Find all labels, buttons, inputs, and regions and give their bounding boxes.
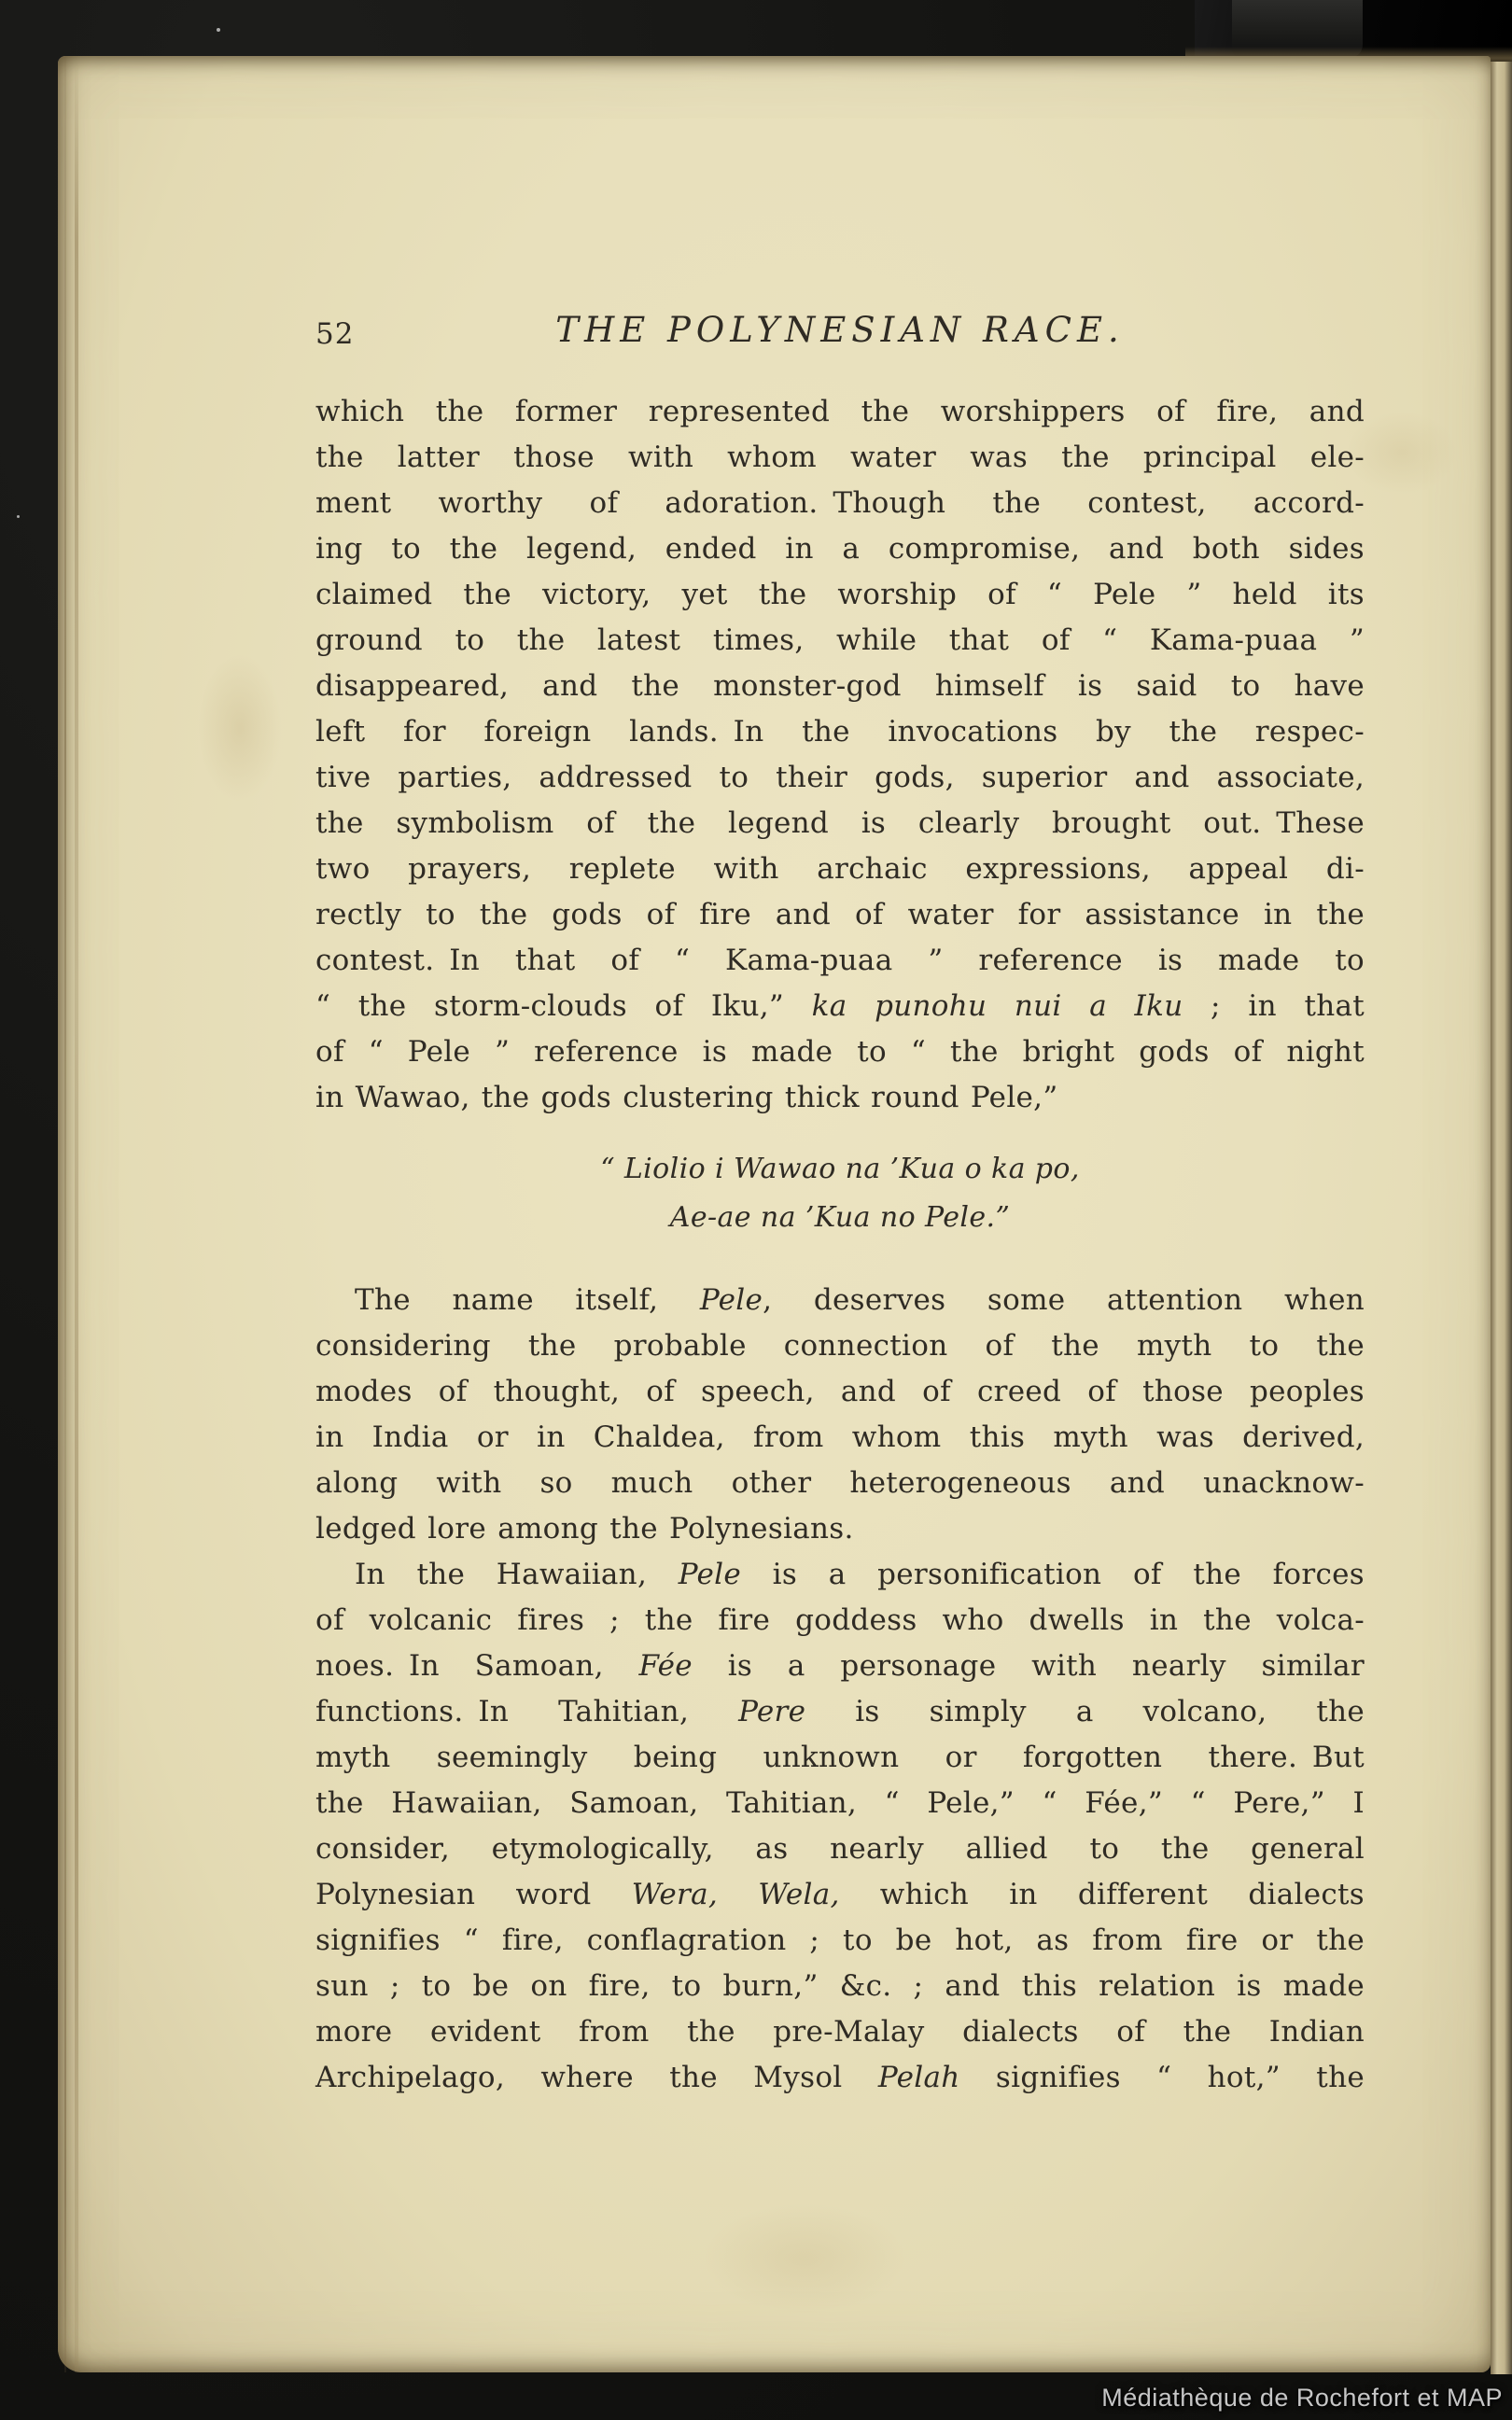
- page-number: 52: [315, 317, 354, 351]
- library-watermark: Médiathèque de Rochefort et MAP: [1101, 2384, 1503, 2413]
- italic-run: ka punohu nui a Iku: [812, 989, 1183, 1023]
- text-line: sun ; to be on fire, to burn,” &c. ; and…: [315, 1964, 1365, 2009]
- text-run: along with so much other heterogeneous a…: [315, 1466, 1365, 1500]
- text-run: signifies “ fire, conflagration ; to be …: [315, 1923, 1365, 1957]
- body-text: which the former represented the worship…: [315, 389, 1365, 2101]
- text-block: 52 THE POLYNESIAN RACE. which the former…: [315, 308, 1365, 2101]
- text-run: two prayers, replete with archaic expres…: [315, 852, 1365, 886]
- text-run: of volcanic fires ; the fire goddess who…: [315, 1603, 1365, 1637]
- text-line: ing to the legend, ended in a compromise…: [315, 526, 1365, 572]
- text-line: tive parties, addressed to their gods, s…: [315, 755, 1365, 801]
- text-run: left for foreign lands. In the invocatio…: [315, 715, 1365, 748]
- text-line: disappeared, and the monster-god himself…: [315, 664, 1365, 709]
- quote-line: “ Liolio i Wawao na ’Kua o ka po,: [315, 1145, 1365, 1194]
- text-line: contest. In that of “ Kama-puaa ” refere…: [315, 938, 1365, 984]
- text-run: disappeared, and the monster-god himself…: [315, 669, 1365, 703]
- text-run: ing to the legend, ended in a compromise…: [315, 532, 1365, 566]
- dust-speck: [217, 28, 220, 32]
- text-run: ledged lore among the Polynesians.: [315, 1512, 854, 1546]
- italic-run: Fée: [639, 1649, 693, 1683]
- page-stain: [702, 2203, 907, 2315]
- text-run: is a personification of the forces: [741, 1558, 1365, 1591]
- text-line: in India or in Chaldea, from whom this m…: [315, 1415, 1365, 1461]
- text-run: claimed the victory, yet the worship of …: [315, 578, 1365, 611]
- text-run: ment worthy of adoration. Though the con…: [315, 486, 1365, 520]
- text-run: considering the probable connection of t…: [315, 1329, 1365, 1363]
- text-line: myth seemingly being unknown or forgotte…: [315, 1735, 1365, 1781]
- text-line: ground to the latest times, while that o…: [315, 618, 1365, 664]
- italic-run: Pere: [738, 1695, 805, 1728]
- text-run: consider, etymologically, as nearly alli…: [315, 1832, 1365, 1866]
- italic-run: Pele: [700, 1283, 763, 1317]
- verse-quote: “ Liolio i Wawao na ’Kua o ka po,Ae-ae n…: [315, 1145, 1365, 1242]
- text-line: of volcanic fires ; the fire goddess who…: [315, 1598, 1365, 1644]
- text-run: ground to the latest times, while that o…: [315, 623, 1365, 657]
- text-run: , deserves some attention when: [763, 1283, 1365, 1317]
- text-run: in India or in Chaldea, from whom this m…: [315, 1420, 1365, 1454]
- text-line: noes. In Samoan, Fée is a personage with…: [315, 1644, 1365, 1689]
- text-line: ment worthy of adoration. Though the con…: [315, 481, 1365, 526]
- text-run: contest. In that of “ Kama-puaa ” refere…: [315, 944, 1365, 977]
- text-run: which in different dialects: [840, 1878, 1365, 1911]
- text-run: which the former represented the worship…: [315, 395, 1365, 428]
- quote-line: Ae-ae na ’Kua no Pele.”: [315, 1194, 1365, 1242]
- text-line: Polynesian word Wera, Wela, which in dif…: [315, 1872, 1365, 1918]
- italic-run: Pelah: [878, 2061, 960, 2094]
- text-run: noes. In Samoan,: [315, 1649, 639, 1683]
- text-run: ; in that: [1183, 989, 1365, 1023]
- text-run: rectly to the gods of fire and of water …: [315, 898, 1365, 931]
- text-run: In the Hawaiian,: [355, 1558, 679, 1591]
- italic-run: Pele: [679, 1558, 741, 1591]
- scan-photo: { "window": { "watermark": "Médiathèque …: [0, 0, 1512, 2420]
- text-line: claimed the victory, yet the worship of …: [315, 572, 1365, 618]
- text-run: “ the storm-clouds of Iku,”: [315, 989, 812, 1023]
- text-run: tive parties, addressed to their gods, s…: [315, 761, 1365, 794]
- page-header: 52 THE POLYNESIAN RACE.: [315, 308, 1365, 371]
- text-line: considering the probable connection of t…: [315, 1323, 1365, 1369]
- text-run: the latter those with whom water was the…: [315, 441, 1365, 474]
- text-line: left for foreign lands. In the invocatio…: [315, 709, 1365, 755]
- text-run: the Hawaiian, Samoan, Tahitian, “ Pele,”…: [315, 1786, 1365, 1820]
- text-run: is a personage with nearly similar: [693, 1649, 1365, 1683]
- text-run: sun ; to be on fire, to burn,” &c. ; and…: [315, 1969, 1365, 2003]
- running-title: THE POLYNESIAN RACE.: [315, 308, 1365, 350]
- text-line: “ the storm-clouds of Iku,” ka punohu nu…: [315, 984, 1365, 1029]
- text-line: the symbolism of the legend is clearly b…: [315, 801, 1365, 846]
- dust-speck: [17, 515, 20, 518]
- text-run: more evident from the pre-Malay dialects…: [315, 2015, 1365, 2049]
- text-line: signifies “ fire, conflagration ; to be …: [315, 1918, 1365, 1964]
- text-line: ledged lore among the Polynesians.: [315, 1506, 1365, 1552]
- page-stain: [198, 653, 282, 803]
- text-line: In the Hawaiian, Pele is a personificati…: [315, 1552, 1365, 1598]
- text-run: Archipelago, where the Mysol: [315, 2061, 878, 2094]
- text-run: Polynesian word: [315, 1878, 632, 1911]
- italic-run: Wera, Wela,: [632, 1878, 840, 1911]
- text-line: along with so much other heterogeneous a…: [315, 1461, 1365, 1506]
- text-line: rectly to the gods of fire and of water …: [315, 892, 1365, 938]
- book-page: 52 THE POLYNESIAN RACE. which the former…: [58, 56, 1491, 2372]
- text-line: Archipelago, where the Mysol Pelah signi…: [315, 2055, 1365, 2101]
- text-line: The name itself, Pele, deserves some att…: [315, 1278, 1365, 1323]
- text-run: is simply a volcano, the: [805, 1695, 1365, 1728]
- text-line: the Hawaiian, Samoan, Tahitian, “ Pele,”…: [315, 1781, 1365, 1826]
- text-run: the symbolism of the legend is clearly b…: [315, 806, 1365, 840]
- text-run: modes of thought, of speech, and of cree…: [315, 1375, 1365, 1408]
- text-line: two prayers, replete with archaic expres…: [315, 846, 1365, 892]
- text-run: functions. In Tahitian,: [315, 1695, 738, 1728]
- text-line: the latter those with whom water was the…: [315, 435, 1365, 481]
- text-line: in Wawao, the gods clustering thick roun…: [315, 1075, 1365, 1121]
- text-line: which the former represented the worship…: [315, 389, 1365, 435]
- page-stack-edge: [1491, 62, 1512, 2374]
- text-run: myth seemingly being unknown or forgotte…: [315, 1741, 1365, 1774]
- text-run: in Wawao, the gods clustering thick roun…: [315, 1081, 1057, 1114]
- text-line: functions. In Tahitian, Pere is simply a…: [315, 1689, 1365, 1735]
- text-line: more evident from the pre-Malay dialects…: [315, 2009, 1365, 2055]
- text-line: consider, etymologically, as nearly alli…: [315, 1826, 1365, 1872]
- text-run: signifies “ hot,” the: [960, 2061, 1365, 2094]
- text-line: modes of thought, of speech, and of cree…: [315, 1369, 1365, 1415]
- text-run: The name itself,: [355, 1283, 700, 1317]
- text-line: of “ Pele ” reference is made to “ the b…: [315, 1029, 1365, 1075]
- text-run: of “ Pele ” reference is made to “ the b…: [315, 1035, 1365, 1069]
